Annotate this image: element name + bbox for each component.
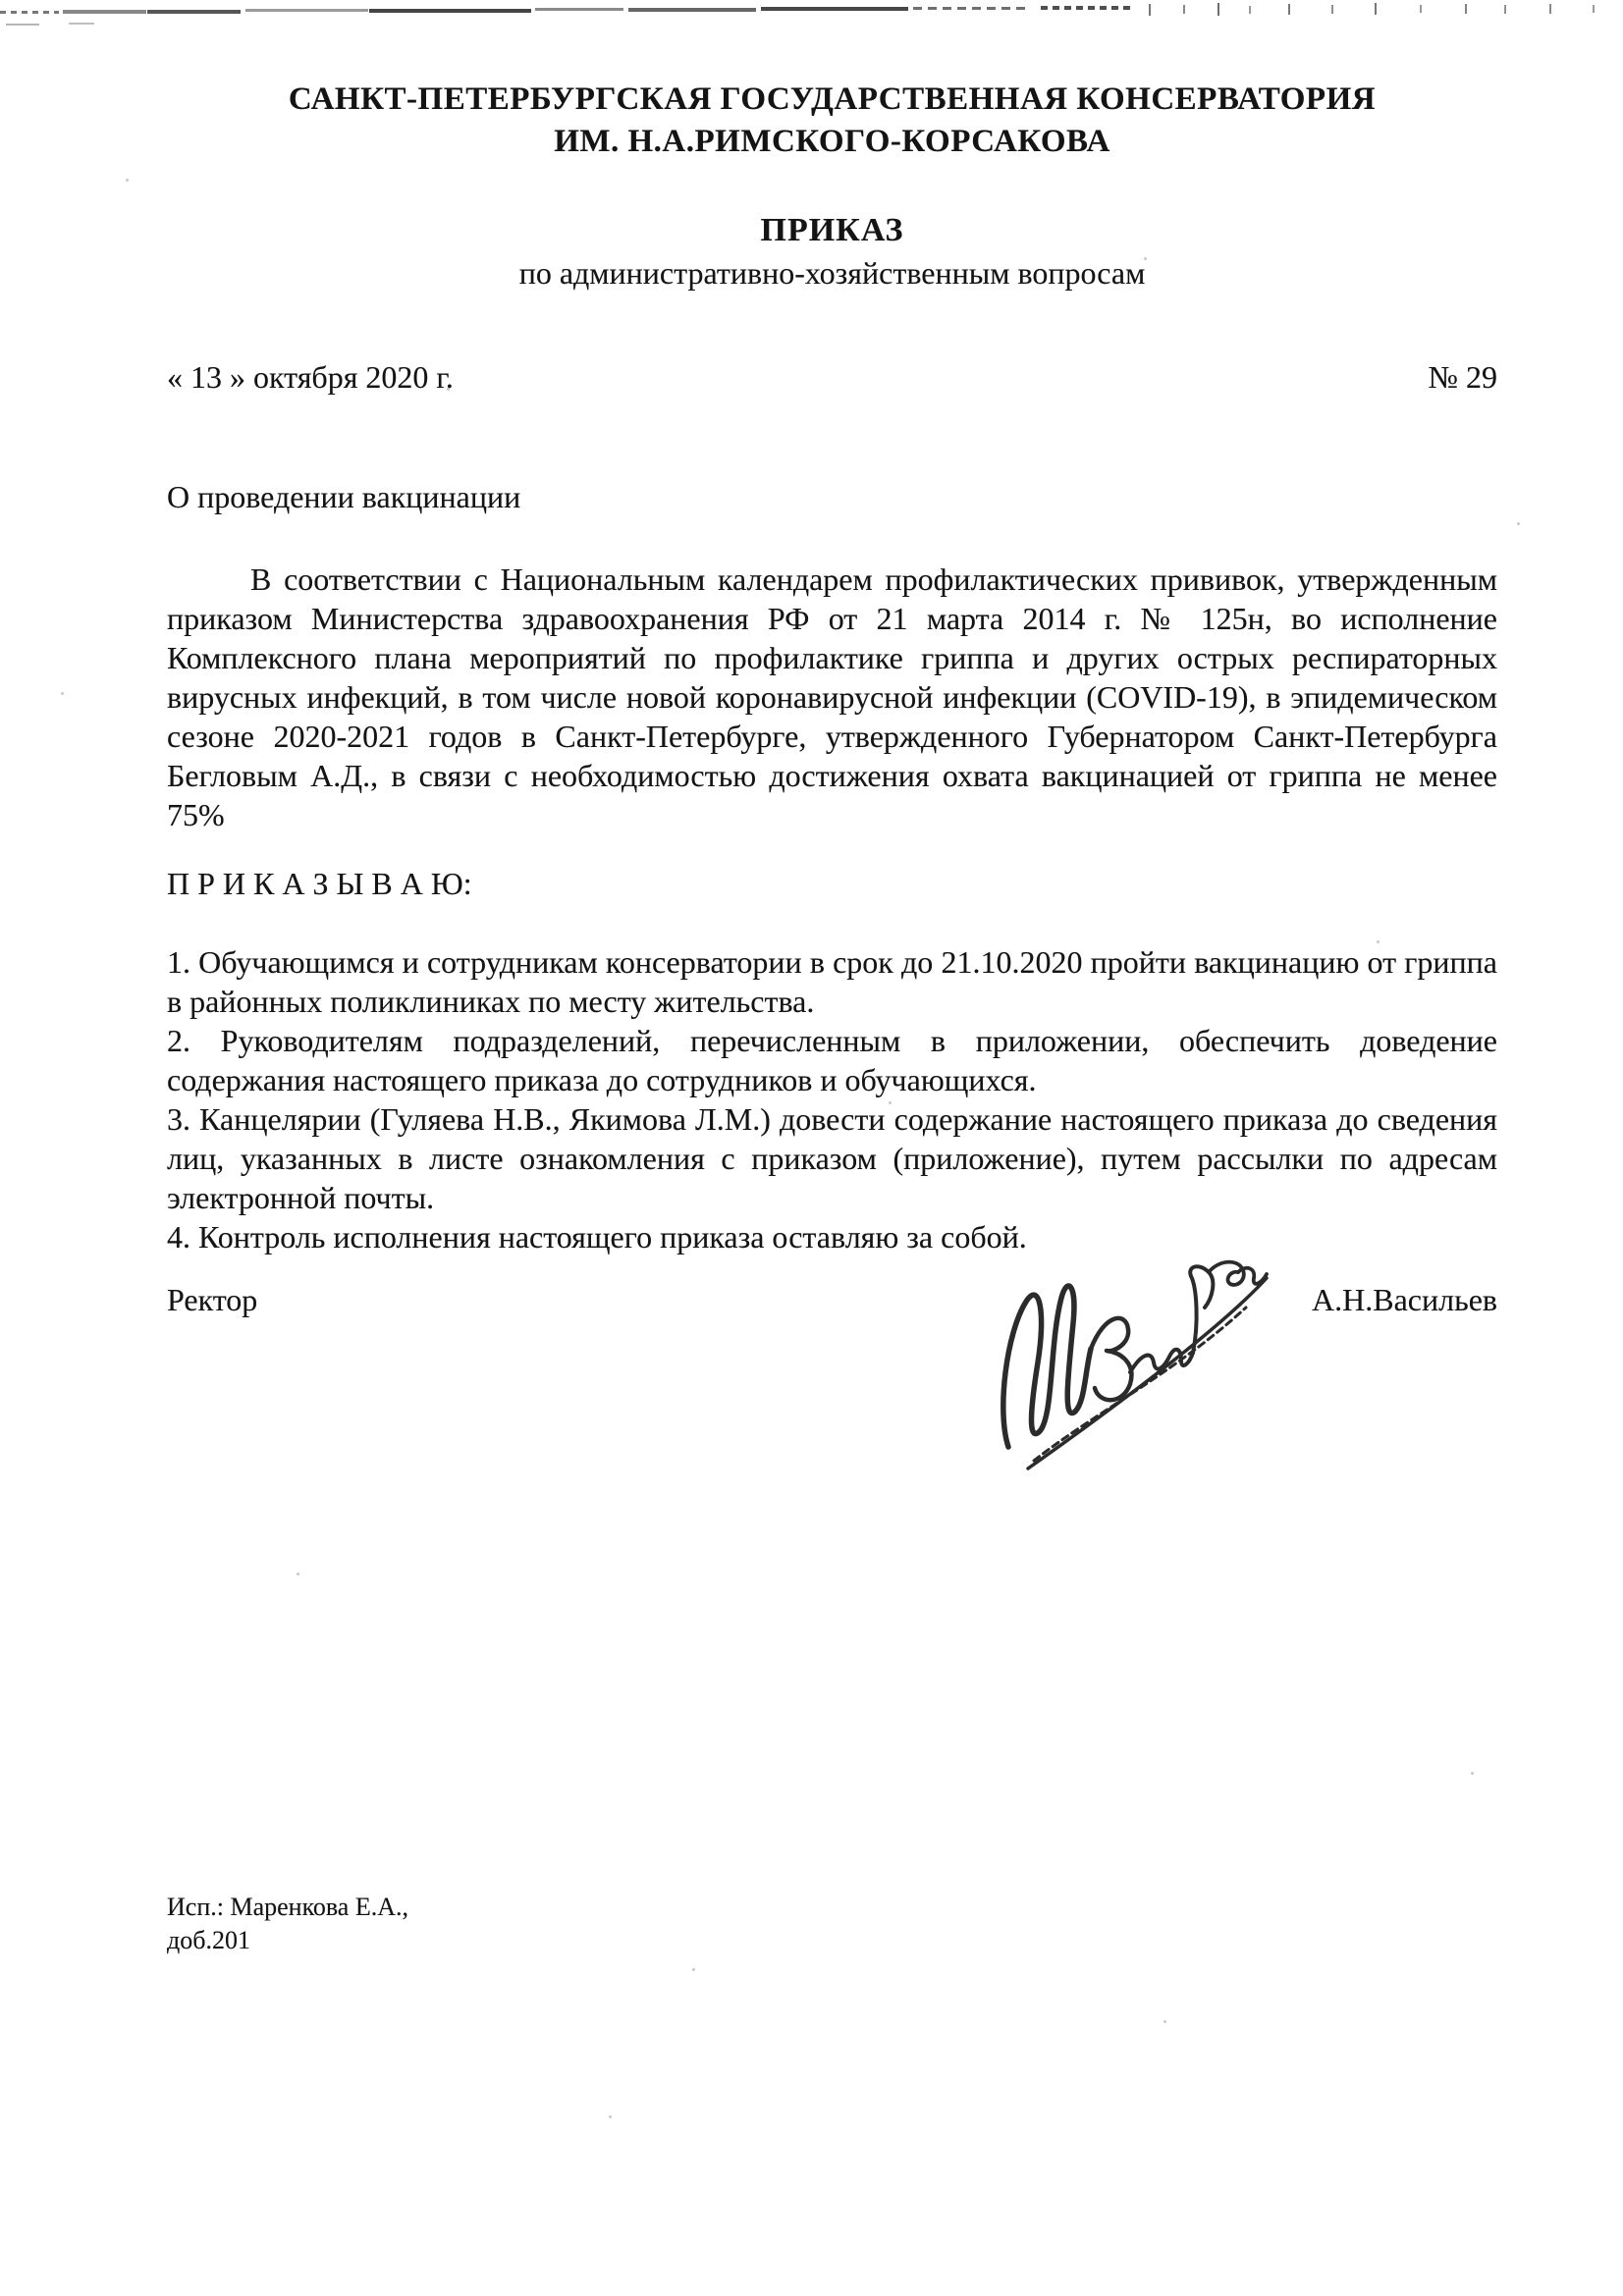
executor-note: Исп.: Маренкова Е.А., доб.201: [167, 1891, 1497, 1957]
handwritten-signature-icon: [987, 1253, 1281, 1490]
order-item-2: 2. Руководителям подразделений, перечисл…: [167, 1021, 1497, 1099]
document-page: САНКТ-ПЕТЕРБУРГСКАЯ ГОСУДАРСТВЕННАЯ КОНС…: [0, 0, 1623, 2296]
preamble-paragraph: В соответствии с Национальным календарем…: [167, 560, 1497, 834]
document-date: « 13 » октября 2020 г.: [167, 359, 454, 396]
document-number: № 29: [1428, 359, 1497, 396]
document-subtitle: по административно-хозяйственным вопроса…: [167, 255, 1497, 292]
organization-name-line1: САНКТ-ПЕТЕРБУРГСКАЯ ГОСУДАРСТВЕННАЯ КОНС…: [167, 79, 1497, 121]
organization-name: САНКТ-ПЕТЕРБУРГСКАЯ ГОСУДАРСТВЕННАЯ КОНС…: [167, 79, 1497, 163]
order-item-3: 3. Канцелярии (Гуляева Н.В., Якимова Л.М…: [167, 1099, 1497, 1217]
subject-line: О проведении вакцинации: [167, 479, 1497, 515]
order-item-4: 4. Контроль исполнения настоящего приказ…: [167, 1217, 1497, 1256]
order-item-1: 1. Обучающимся и сотрудникам консерватор…: [167, 942, 1497, 1021]
executor-extension: доб.201: [167, 1924, 1497, 1957]
organization-name-line2: ИМ. Н.А.РИМСКОГО-КОРСАКОВА: [167, 121, 1497, 163]
order-items: 1. Обучающимся и сотрудникам консерватор…: [167, 942, 1497, 1256]
order-word: П Р И К А З Ы В А Ю:: [167, 866, 1497, 902]
signatory-name: А.Н.Васильев: [1312, 1282, 1497, 1318]
document-title: ПРИКАЗ: [167, 212, 1497, 249]
signature-row: Ректор А.Н.Васильев: [167, 1282, 1497, 1318]
scan-artifact-top-edge: [0, 0, 1623, 49]
meta-row: « 13 » октября 2020 г. № 29: [167, 359, 1497, 396]
signatory-title: Ректор: [167, 1282, 257, 1318]
executor-name: Исп.: Маренкова Е.А.,: [167, 1891, 1497, 1924]
